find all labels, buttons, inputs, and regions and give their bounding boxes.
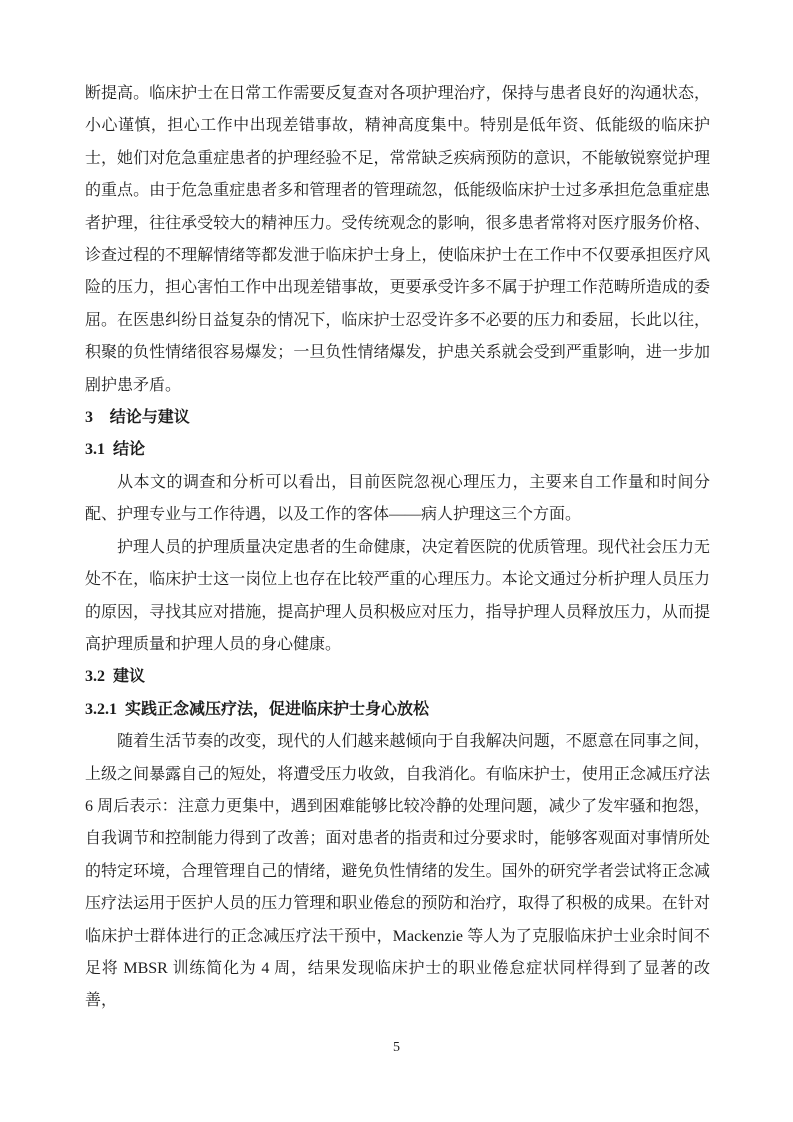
subsubsection-title: 实践正念减压疗法，促进临床护士身心放松 bbox=[125, 701, 429, 718]
subsection-heading-suggestions: 3.2建议 bbox=[85, 661, 710, 693]
subsection-number: 3.1 bbox=[85, 441, 105, 458]
section-number: 3 bbox=[85, 409, 93, 426]
body-paragraph: 从本文的调查和分析可以看出，目前医院忽视心理压力，主要来自工作量和时间分配、护理… bbox=[85, 467, 710, 532]
subsection-title: 结论 bbox=[113, 441, 145, 458]
subsection-number: 3.2 bbox=[85, 668, 105, 685]
page-number: 5 bbox=[0, 1038, 793, 1058]
subsubsection-heading-mindfulness-therapy: 3.2.1实践正念减压疗法，促进临床护士身心放松 bbox=[85, 694, 710, 726]
body-paragraph: 随着生活节奏的改变，现代的人们越来越倾向于自我解决问题，不愿意在同事之间，上级之… bbox=[85, 726, 710, 1018]
document-page: 断提高。临床护士在日常工作需要反复查对各项护理治疗，保持与患者良好的沟通状态，小… bbox=[0, 0, 793, 1122]
subsection-title: 建议 bbox=[113, 668, 145, 685]
section-heading-conclusion-and-suggestions: 3结论与建议 bbox=[85, 402, 710, 434]
subsubsection-number: 3.2.1 bbox=[85, 701, 117, 718]
body-paragraph-continuation: 断提高。临床护士在日常工作需要反复查对各项护理治疗，保持与患者良好的沟通状态，小… bbox=[85, 78, 710, 402]
page-content: 断提高。临床护士在日常工作需要反复查对各项护理治疗，保持与患者良好的沟通状态，小… bbox=[85, 78, 710, 1018]
section-title: 结论与建议 bbox=[110, 409, 190, 426]
subsection-heading-conclusion: 3.1结论 bbox=[85, 434, 710, 466]
body-paragraph: 护理人员的护理质量决定患者的生命健康，决定着医院的优质管理。现代社会压力无处不在… bbox=[85, 532, 710, 662]
